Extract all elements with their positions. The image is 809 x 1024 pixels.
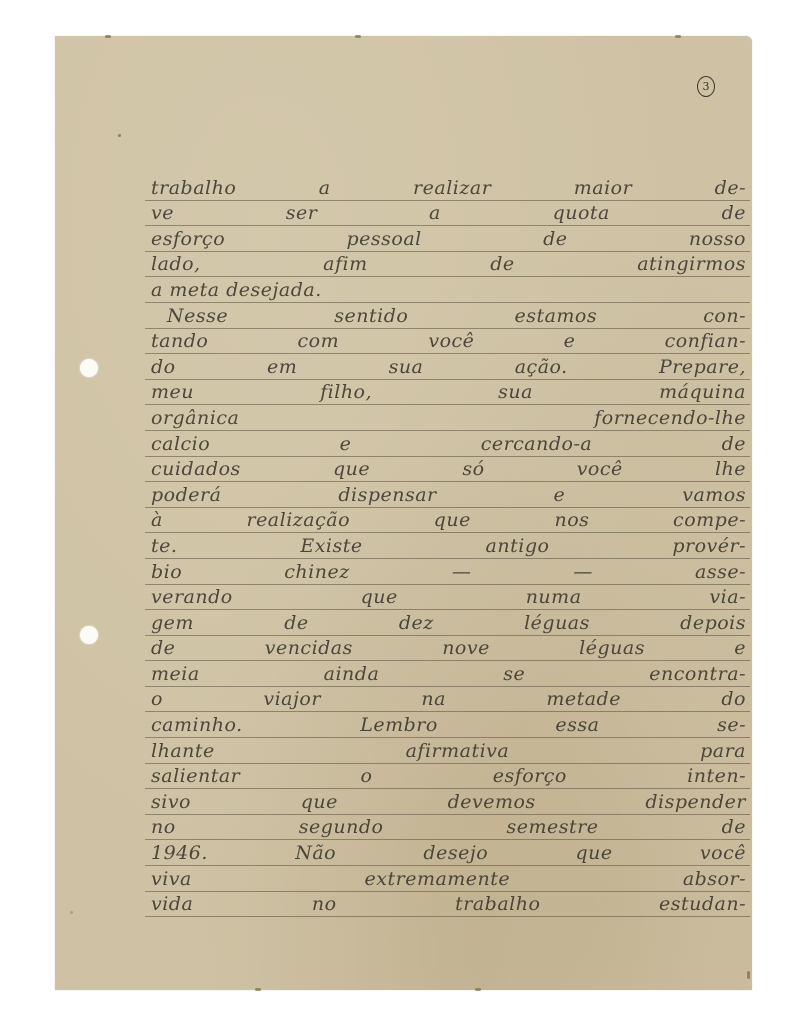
punch-hole-bottom — [80, 626, 98, 644]
ruled-line: ve ser a quota de — [145, 201, 750, 227]
ruled-line: bio chinez — — asse- — [145, 559, 750, 585]
text-line: te. Existe antigo provér- — [151, 535, 746, 557]
edge-stain — [675, 35, 681, 38]
text-line: de vencidas nove léguas e — [151, 637, 746, 659]
ruled-line: calcio e cercando-a de — [145, 431, 750, 457]
text-line: tando com você e confian- — [151, 330, 746, 352]
ruled-line: verando que numa via- — [145, 585, 750, 611]
text-line: o viajor na metade do — [151, 688, 746, 710]
ruled-line: 1946. Não desejo que você — [145, 840, 750, 866]
ruled-line: trabalho a realizar maior de- — [145, 175, 750, 201]
ruled-line: a meta desejada. — [145, 277, 750, 303]
text-line: lado, afim de atingirmos — [151, 253, 746, 275]
text-line: viva extremamente absor- — [151, 868, 746, 890]
text-line: sivo que devemos dispender — [151, 791, 746, 813]
ruled-line: à realização que nos compe- — [145, 508, 750, 534]
text-line: caminho. Lembro essa se- — [151, 714, 746, 736]
ruled-line: Nesse sentido estamos con- — [145, 303, 750, 329]
text-line: Nesse sentido estamos con- — [167, 305, 746, 327]
text-line: a meta desejada. — [151, 279, 746, 301]
text-line: vida no trabalho estudan- — [151, 893, 746, 915]
ruled-line: no segundo semestre de — [145, 815, 750, 841]
ruled-line: te. Existe antigo provér- — [145, 533, 750, 559]
edge-stain — [355, 35, 361, 38]
ruled-line: salientar o esforço inten- — [145, 764, 750, 790]
ruled-line: cuidados que só você lhe — [145, 457, 750, 483]
paper-speck — [70, 911, 73, 914]
text-line: esforço pessoal de nosso — [151, 228, 746, 250]
text-line: salientar o esforço inten- — [151, 765, 746, 787]
ruled-line: viva extremamente absor- — [145, 866, 750, 892]
text-line: calcio e cercando-a de — [151, 433, 746, 455]
ruled-line: caminho. Lembro essa se- — [145, 712, 750, 738]
ruled-line: lado, afim de atingirmos — [145, 252, 750, 278]
ruled-line: de vencidas nove léguas e — [145, 636, 750, 662]
text-line: lhante afirmativa para — [151, 740, 746, 762]
text-line: verando que numa via- — [151, 586, 746, 608]
punch-hole-top — [80, 359, 98, 377]
ruled-line: orgânica fornecendo-lhe — [145, 405, 750, 431]
edge-stain — [255, 988, 261, 991]
edge-stain — [475, 988, 481, 991]
text-line: cuidados que só você lhe — [151, 458, 746, 480]
ruled-line: poderá dispensar e vamos — [145, 482, 750, 508]
text-line: poderá dispensar e vamos — [151, 484, 746, 506]
ruled-line: esforço pessoal de nosso — [145, 226, 750, 252]
text-line: gem de dez léguas depois — [151, 612, 746, 634]
text-line: ve ser a quota de — [151, 202, 746, 224]
ruled-line: vida no trabalho estudan- — [145, 892, 750, 918]
text-line: no segundo semestre de — [151, 816, 746, 838]
ruled-line: o viajor na metade do — [145, 687, 750, 713]
ruled-line: sivo que devemos dispender — [145, 789, 750, 815]
text-line: à realização que nos compe- — [151, 509, 746, 531]
ruled-line: do em sua ação. Prepare, — [145, 354, 750, 380]
ruled-line: gem de dez léguas depois — [145, 610, 750, 636]
ruled-line: lhante afirmativa para — [145, 738, 750, 764]
text-line: trabalho a realizar maior de- — [151, 177, 746, 199]
page-number-circled: 3 — [697, 76, 715, 97]
edge-stain — [747, 971, 750, 979]
text-line: 1946. Não desejo que você — [151, 842, 746, 864]
text-line: meia ainda se encontra- — [151, 663, 746, 685]
text-line: orgânica fornecendo-lhe — [151, 407, 746, 429]
paper-speck — [118, 134, 121, 137]
ruled-line: meu filho, sua máquina — [145, 380, 750, 406]
edge-stain — [105, 35, 111, 38]
text-line: bio chinez — — asse- — [151, 561, 746, 583]
text-line: do em sua ação. Prepare, — [151, 356, 746, 378]
handwritten-text-body: trabalho a realizar maior de- ve ser a q… — [145, 175, 750, 917]
ruled-line: meia ainda se encontra- — [145, 661, 750, 687]
ruled-line: tando com você e confian- — [145, 329, 750, 355]
text-line: meu filho, sua máquina — [151, 381, 746, 403]
